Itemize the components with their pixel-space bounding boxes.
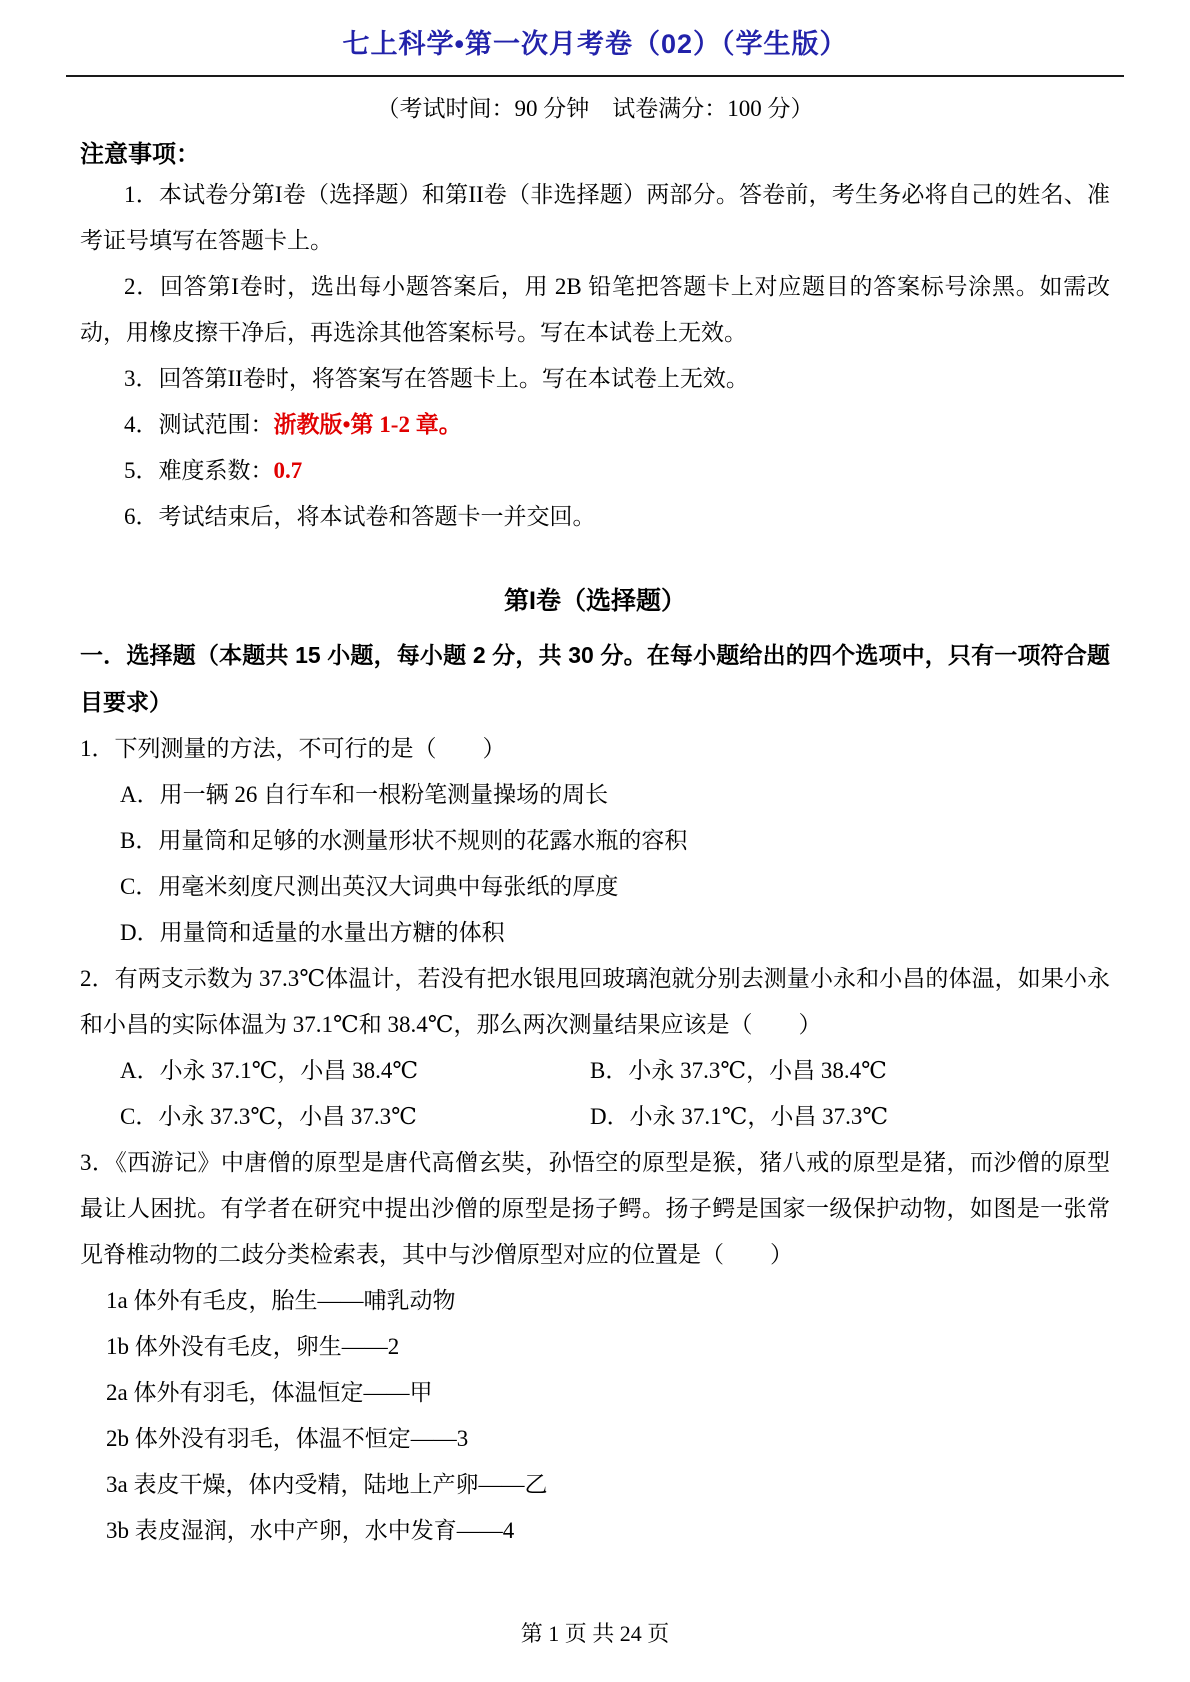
section-heading: 第I卷（选择题）: [80, 584, 1110, 618]
question-1-option-c: C．用毫米刻度尺测出英汉大词典中每张纸的厚度: [120, 864, 1110, 910]
notice-item-4-scope: 浙教版•第 1-2 章。: [274, 412, 462, 437]
notice-item-5-prefix: 5．难度系数：: [124, 458, 274, 483]
notice-item-6: 6．考试结束后，将本试卷和答题卡一并交回。: [80, 494, 1110, 540]
question-2-option-b: B．小永 37.3℃，小昌 38.4℃: [590, 1048, 1110, 1094]
key-line-1b: 1b 体外没有毛皮，卵生——2: [106, 1324, 1110, 1370]
key-line-2a: 2a 体外有羽毛，体温恒定——甲: [106, 1370, 1110, 1416]
question-1-stem: 1．下列测量的方法，不可行的是（ ）: [80, 726, 1110, 772]
question-3-key-table: 1a 体外有毛皮，胎生——哺乳动物 1b 体外没有毛皮，卵生——2 2a 体外有…: [80, 1278, 1110, 1554]
doc-title: 七上科学•第一次月考卷（02）（学生版）: [80, 26, 1110, 62]
exam-page: 七上科学•第一次月考卷（02）（学生版） （考试时间：90 分钟 试卷满分：10…: [0, 0, 1190, 1682]
key-line-2b: 2b 体外没有羽毛，体温不恒定——3: [106, 1416, 1110, 1462]
header-divider: [66, 75, 1124, 77]
notice-item-5: 5．难度系数：0.7: [80, 448, 1110, 494]
key-line-3b: 3b 表皮湿润，水中产卵，水中发育——4: [106, 1508, 1110, 1554]
key-line-1a: 1a 体外有毛皮，胎生——哺乳动物: [106, 1278, 1110, 1324]
notice-item-2: 2．回答第I卷时，选出每小题答案后，用 2B 铅笔把答题卡上对应题目的答案标号涂…: [80, 264, 1110, 356]
question-2-option-a: A．小永 37.1℃，小昌 38.4℃: [120, 1048, 590, 1094]
notice-item-4-prefix: 4．测试范围：: [124, 412, 274, 437]
notices-heading: 注意事项：: [80, 138, 1110, 172]
question-1-options: A．用一辆 26 自行车和一根粉笔测量操场的周长 B．用量筒和足够的水测量形状不…: [80, 772, 1110, 956]
question-2-option-d: D．小永 37.1℃，小昌 37.3℃: [590, 1094, 1110, 1140]
exam-subtitle: （考试时间：90 分钟 试卷满分：100 分）: [80, 94, 1110, 124]
question-3-stem: 3．《西游记》中唐僧的原型是唐代高僧玄奘，孙悟空的原型是猴，猪八戒的原型是猪，而…: [80, 1140, 1110, 1278]
question-1-option-a: A．用一辆 26 自行车和一根粉笔测量操场的周长: [120, 772, 1110, 818]
key-line-3a: 3a 表皮干燥，体内受精，陆地上产卵——乙: [106, 1462, 1110, 1508]
notice-item-3: 3．回答第II卷时，将答案写在答题卡上。写在本试卷上无效。: [80, 356, 1110, 402]
page-footer: 第 1 页 共 24 页: [0, 1617, 1190, 1648]
question-2-stem: 2．有两支示数为 37.3℃体温计，若没有把水银甩回玻璃泡就分别去测量小永和小昌…: [80, 956, 1110, 1048]
notice-item-4: 4．测试范围：浙教版•第 1-2 章。: [80, 402, 1110, 448]
section-intro: 一．选择题（本题共 15 小题，每小题 2 分，共 30 分。在每小题给出的四个…: [80, 632, 1110, 726]
question-2-option-c: C．小永 37.3℃，小昌 37.3℃: [120, 1094, 590, 1140]
notice-item-1: 1．本试卷分第I卷（选择题）和第II卷（非选择题）两部分。答卷前，考生务必将自己…: [80, 172, 1110, 264]
notice-item-5-coefficient: 0.7: [274, 458, 303, 483]
page-content: 七上科学•第一次月考卷（02）（学生版） （考试时间：90 分钟 试卷满分：10…: [0, 0, 1190, 1554]
question-1-option-d: D．用量筒和适量的水量出方糖的体积: [120, 910, 1110, 956]
question-1-option-b: B．用量筒和足够的水测量形状不规则的花露水瓶的容积: [120, 818, 1110, 864]
question-2-options: A．小永 37.1℃，小昌 38.4℃ B．小永 37.3℃，小昌 38.4℃ …: [80, 1048, 1110, 1140]
